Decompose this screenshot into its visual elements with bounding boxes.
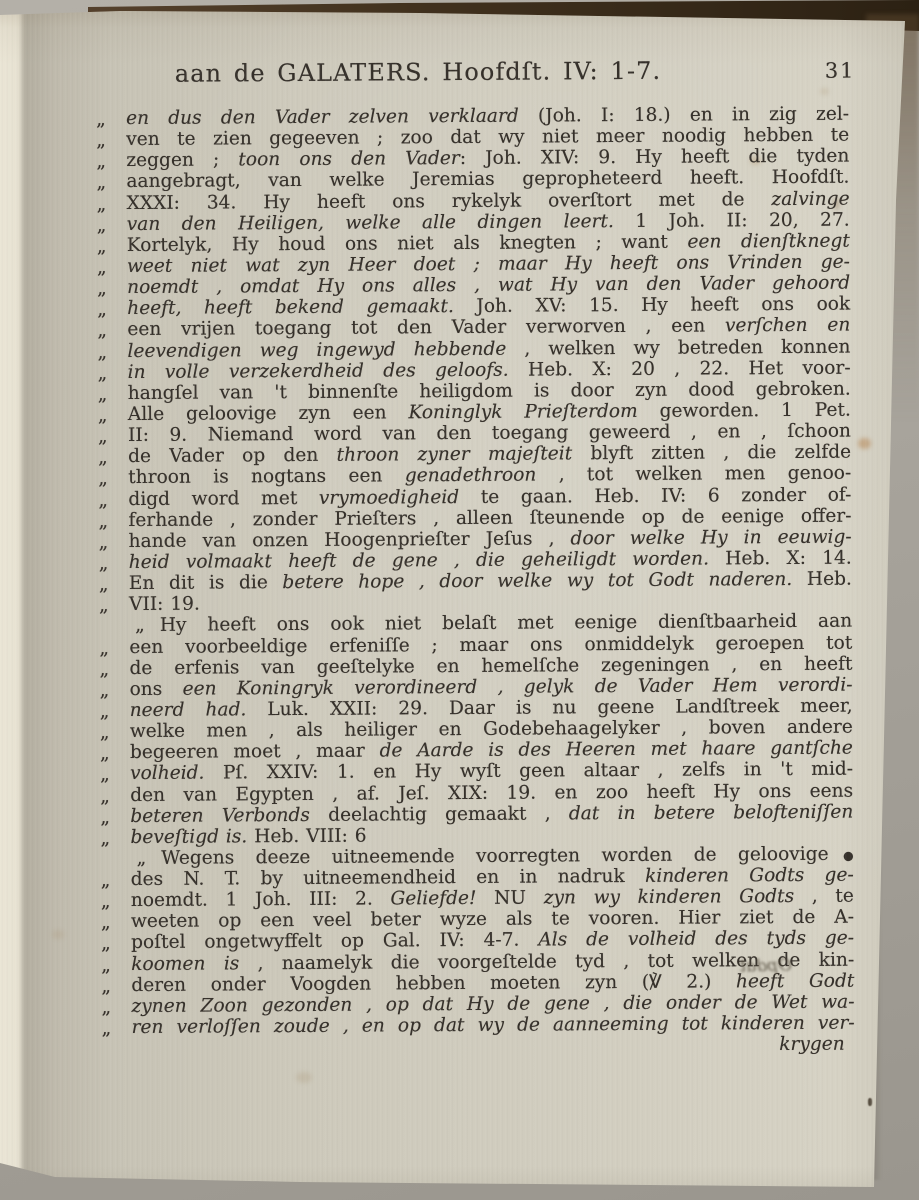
italic-text: neerd had.: [130, 699, 268, 721]
italic-text: vrymoedigheid: [319, 487, 459, 509]
quote-mark: „: [96, 151, 106, 172]
quote-mark: „: [99, 574, 109, 595]
roman-text: , welken wy betreden konnen: [506, 336, 850, 359]
roman-text: (Joh. I: 18.) en in zig zel-: [538, 104, 849, 127]
roman-text: de Vader op den: [128, 445, 337, 467]
scan-background: { "scan": { "background_color": "#a8a49c…: [0, 0, 919, 1200]
italic-text: beveſtigd is.: [130, 826, 254, 848]
italic-text: een dienſtknegt: [687, 230, 850, 252]
roman-text: NU: [494, 888, 544, 909]
italic-text: Geliefde!: [390, 888, 494, 910]
italic-text: leevendigen weg ingewyd hebbende: [127, 338, 506, 361]
quote-mark: „: [99, 638, 109, 659]
running-title: aan de GALATERS. Hoofdſt. IV: 1-7.: [175, 57, 662, 88]
roman-text: poſtel ongetwyffelt op Gal. IV: 4-7.: [131, 930, 538, 953]
quote-mark: „: [101, 976, 111, 997]
quote-mark: „: [100, 722, 110, 743]
quote-mark: „: [99, 553, 109, 574]
quote-mark: „: [98, 405, 108, 426]
catchword: krygen: [132, 1034, 855, 1060]
italic-text: kinderen Godts ge-: [645, 865, 854, 887]
roman-text: ●: [829, 849, 854, 863]
italic-text: beteren Verbonds: [130, 804, 328, 826]
roman-text: zeggen ;: [126, 150, 238, 172]
roman-text: Joh. XV: 15. Hy heeft ons ook: [476, 294, 850, 317]
show-through-text: Opdat: [739, 956, 792, 977]
italic-text: toon ons den Vader: [238, 148, 460, 170]
italic-text: in volle verzekerdheid des geloofs.: [128, 359, 529, 382]
italic-text: Koninglyk Prieſterdom: [408, 401, 637, 423]
italic-text: koomen is: [131, 953, 258, 975]
italic-text: genadethroon: [405, 465, 537, 487]
quote-mark: „: [98, 469, 108, 490]
quote-mark: „: [98, 490, 108, 511]
italic-text: verſchen en: [725, 315, 851, 337]
quote-mark: „: [101, 934, 111, 955]
roman-text: throon is nogtans een: [128, 466, 405, 489]
quote-mark: „: [100, 786, 110, 807]
quote-mark: „: [97, 321, 107, 342]
quote-mark: „: [100, 807, 110, 828]
italic-text: throon zyner majeſteit: [337, 444, 573, 466]
roman-text: begeeren moet , maar: [130, 741, 380, 764]
quote-mark: „: [99, 532, 109, 553]
quote-mark: „: [98, 426, 108, 447]
roman-text: te gaan. Heb. IV: 6 zonder of-: [459, 484, 851, 507]
quote-mark: „: [97, 236, 107, 257]
quote-mark: „: [102, 1018, 112, 1039]
italic-text: Als de volheid des tyds ge-: [538, 928, 854, 951]
quote-mark: „: [99, 659, 109, 680]
printed-content: aan de GALATERS. Hoofdſt. IV: 1-7. 31 „e…: [0, 0, 919, 1200]
roman-text: ons: [129, 678, 182, 699]
quote-mark: „: [98, 384, 108, 405]
roman-text: Heb. X: 14.: [725, 548, 852, 570]
quote-mark: „: [96, 109, 106, 130]
roman-text: VII: 19.: [129, 594, 200, 615]
ink-speck: [893, 494, 897, 499]
roman-text: hande van onzen Hoogenprieſter Jeſus ,: [129, 528, 571, 552]
italic-text: zyn wy kinderen Godts: [544, 886, 795, 909]
quote-mark: „: [97, 278, 107, 299]
text-line: „ren verloſſen zoude , en op dat wy de a…: [132, 1013, 855, 1039]
quote-mark: „: [135, 615, 145, 636]
quote-mark: „: [99, 680, 109, 701]
italic-text: volheid.: [130, 763, 223, 785]
quote-mark: „: [101, 912, 111, 933]
page-header: aan de GALATERS. Hoofdſt. IV: 1-7. 31: [125, 56, 849, 96]
italic-text: de Aarde is des Heeren met haare gantſch…: [379, 738, 853, 762]
italic-text: en dus den Vader zelven verklaard: [126, 106, 538, 130]
italic-text: zalvinge: [771, 188, 849, 209]
roman-text: Heb. VIII: 6: [254, 825, 367, 847]
quote-mark: „: [97, 299, 107, 320]
roman-text: , te: [794, 886, 854, 907]
quote-mark: „: [98, 511, 108, 532]
roman-text: blyft zitten , die zelfde: [572, 442, 851, 465]
roman-text: noemdt. 1 Joh. III: 2.: [131, 889, 391, 912]
quote-mark: „: [100, 701, 110, 722]
roman-text: Heb. X: 20 , 22. Het voor-: [528, 357, 851, 380]
italic-text: heeft, heeft bekend gemaakt.: [127, 296, 476, 319]
quote-mark: „: [100, 743, 110, 764]
quote-mark: „: [97, 215, 107, 236]
italic-text: ren verloſſen zoude , en op dat wy de aa…: [132, 1013, 855, 1038]
quote-mark: „: [98, 363, 108, 384]
roman-text: digd word met: [128, 487, 319, 509]
quote-mark: „: [100, 828, 110, 849]
quote-mark: „: [97, 342, 107, 363]
quote-mark: „: [97, 257, 107, 278]
roman-text: 1 Joh. II: 20, 27.: [635, 209, 849, 231]
roman-text: geworden. 1 Pet.: [638, 400, 851, 422]
quote-mark: „: [101, 997, 111, 1018]
quote-mark: „: [137, 848, 147, 869]
italic-text: betere hope , door welke wy tot Godt nad…: [282, 569, 807, 593]
roman-text: Heb.: [807, 569, 852, 590]
quote-mark: „: [97, 194, 107, 215]
quote-mark: „: [96, 173, 106, 194]
roman-text: En dit is die: [129, 572, 283, 594]
quote-mark: „: [101, 870, 111, 891]
book-page: aan de GALATERS. Hoofdſt. IV: 1-7. 31 „e…: [0, 0, 919, 1200]
quote-mark: „: [100, 765, 110, 786]
italic-text: door welke Hy in eeuwig-: [570, 526, 851, 549]
page-number: 31: [825, 59, 856, 83]
quote-mark: „: [98, 447, 108, 468]
quote-mark: „: [101, 955, 111, 976]
italic-text: dat in betere belofteniſſen: [569, 801, 854, 824]
text-block: „en dus den Vader zelven verklaard (Joh.…: [126, 104, 855, 1060]
quote-mark: „: [101, 891, 111, 912]
quote-mark: „: [99, 595, 109, 616]
italic-text: van den Heiligen, welke alle dingen leer…: [127, 211, 636, 235]
roman-text: , tot welken men genoo-: [536, 463, 851, 486]
roman-text: : Joh. XIV: 9. Hy heeft die tyden: [460, 146, 850, 169]
quote-mark: „: [96, 130, 106, 151]
roman-text: Alle geloovige zyn een: [128, 402, 409, 425]
roman-text: des N. T. by uitneemendheid en in nadruk: [131, 866, 645, 890]
roman-text: deelachtig gemaakt ,: [328, 803, 569, 825]
